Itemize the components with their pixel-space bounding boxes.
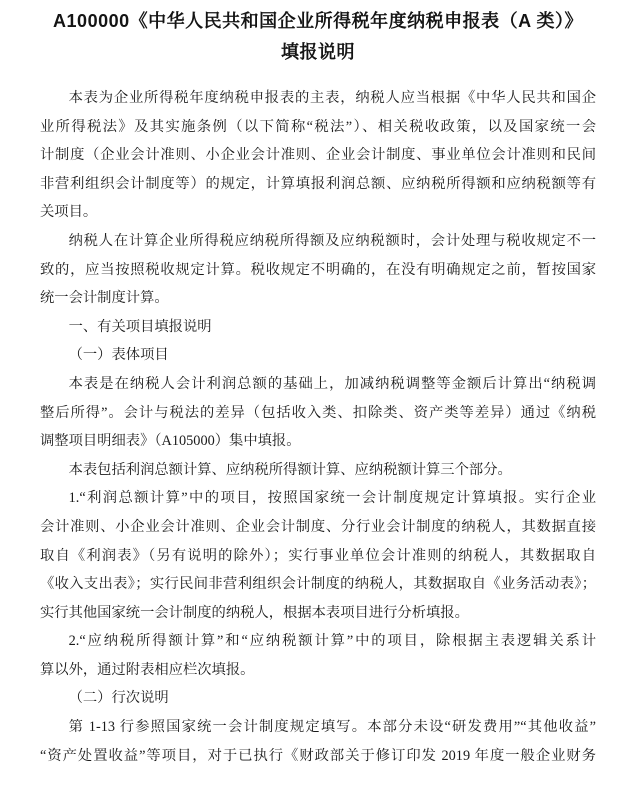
text-line: 《收入支出表》；实行民间非营利组织会计制度的纳税人，其数据取自《业务活动表》；	[40, 570, 596, 599]
text-line: （一）表体项目	[40, 341, 596, 370]
text-line: 整后所得”。会计与税法的差异（包括收入类、扣除类、资产类等差异）通过《纳税	[40, 399, 596, 428]
text-line: 2.“应纳税所得额计算”和“应纳税额计算”中的项目，除根据主表逻辑关系计	[40, 627, 596, 656]
text-line: 1.“利润总额计算”中的项目，按照国家统一会计制度规定计算填报。实行企业	[40, 484, 596, 513]
text-line: 调整项目明细表》（A105000）集中填报。	[40, 427, 596, 456]
text-line: 本表为企业所得税年度纳税申报表的主表，纳税人应当根据《中华人民共和国企	[40, 84, 596, 113]
text-line: 非营利组织会计制度等）的规定，计算填报利润总额、应纳税所得额和应纳税额等有	[40, 170, 596, 199]
text-line: 业所得税法》及其实施条例（以下简称“税法”）、相关税收政策，以及国家统一会	[40, 113, 596, 142]
text-line: 计制度（企业会计准则、小企业会计准则、企业会计制度、事业单位会计准则和民间	[40, 141, 596, 170]
text-line: 统一会计制度计算。	[40, 284, 596, 313]
text-line: 关项目。	[40, 198, 596, 227]
document-body: 本表为企业所得税年度纳税申报表的主表，纳税人应当根据《中华人民共和国企业所得税法…	[40, 84, 596, 770]
text-line: 取自《利润表》（另有说明的除外）；实行事业单位会计准则的纳税人，其数据取自	[40, 542, 596, 571]
text-line: 本表包括利润总额计算、应纳税所得额计算、应纳税额计算三个部分。	[40, 456, 596, 485]
document-page: A100000《中华人民共和国企业所得税年度纳税申报表（A 类）》 填报说明 本…	[0, 0, 640, 796]
text-line: 实行其他国家统一会计制度的纳税人，根据本表项目进行分析填报。	[40, 599, 596, 628]
text-line: 第 1-13 行参照国家统一会计制度规定填写。本部分未设“研发费用”“其他收益”	[40, 713, 596, 742]
text-line: 算以外，通过附表相应栏次填报。	[40, 656, 596, 685]
text-line: （二）行次说明	[40, 684, 596, 713]
document-title: A100000《中华人民共和国企业所得税年度纳税申报表（A 类）》	[40, 6, 596, 37]
text-line: “资产处置收益”等项目，对于已执行《财政部关于修订印发 2019 年度一般企业财…	[40, 742, 596, 771]
text-line: 一、有关项目填报说明	[40, 313, 596, 342]
text-line: 纳税人在计算企业所得税应纳税所得额及应纳税额时，会计处理与税收规定不一	[40, 227, 596, 256]
text-line: 会计准则、小企业会计准则、企业会计制度、分行业会计制度的纳税人，其数据直接	[40, 513, 596, 542]
document-subtitle: 填报说明	[40, 37, 596, 68]
text-line: 致的，应当按照税收规定计算。税收规定不明确的，在没有明确规定之前，暂按国家	[40, 256, 596, 285]
text-line: 本表是在纳税人会计利润总额的基础上，加减纳税调整等金额后计算出“纳税调	[40, 370, 596, 399]
